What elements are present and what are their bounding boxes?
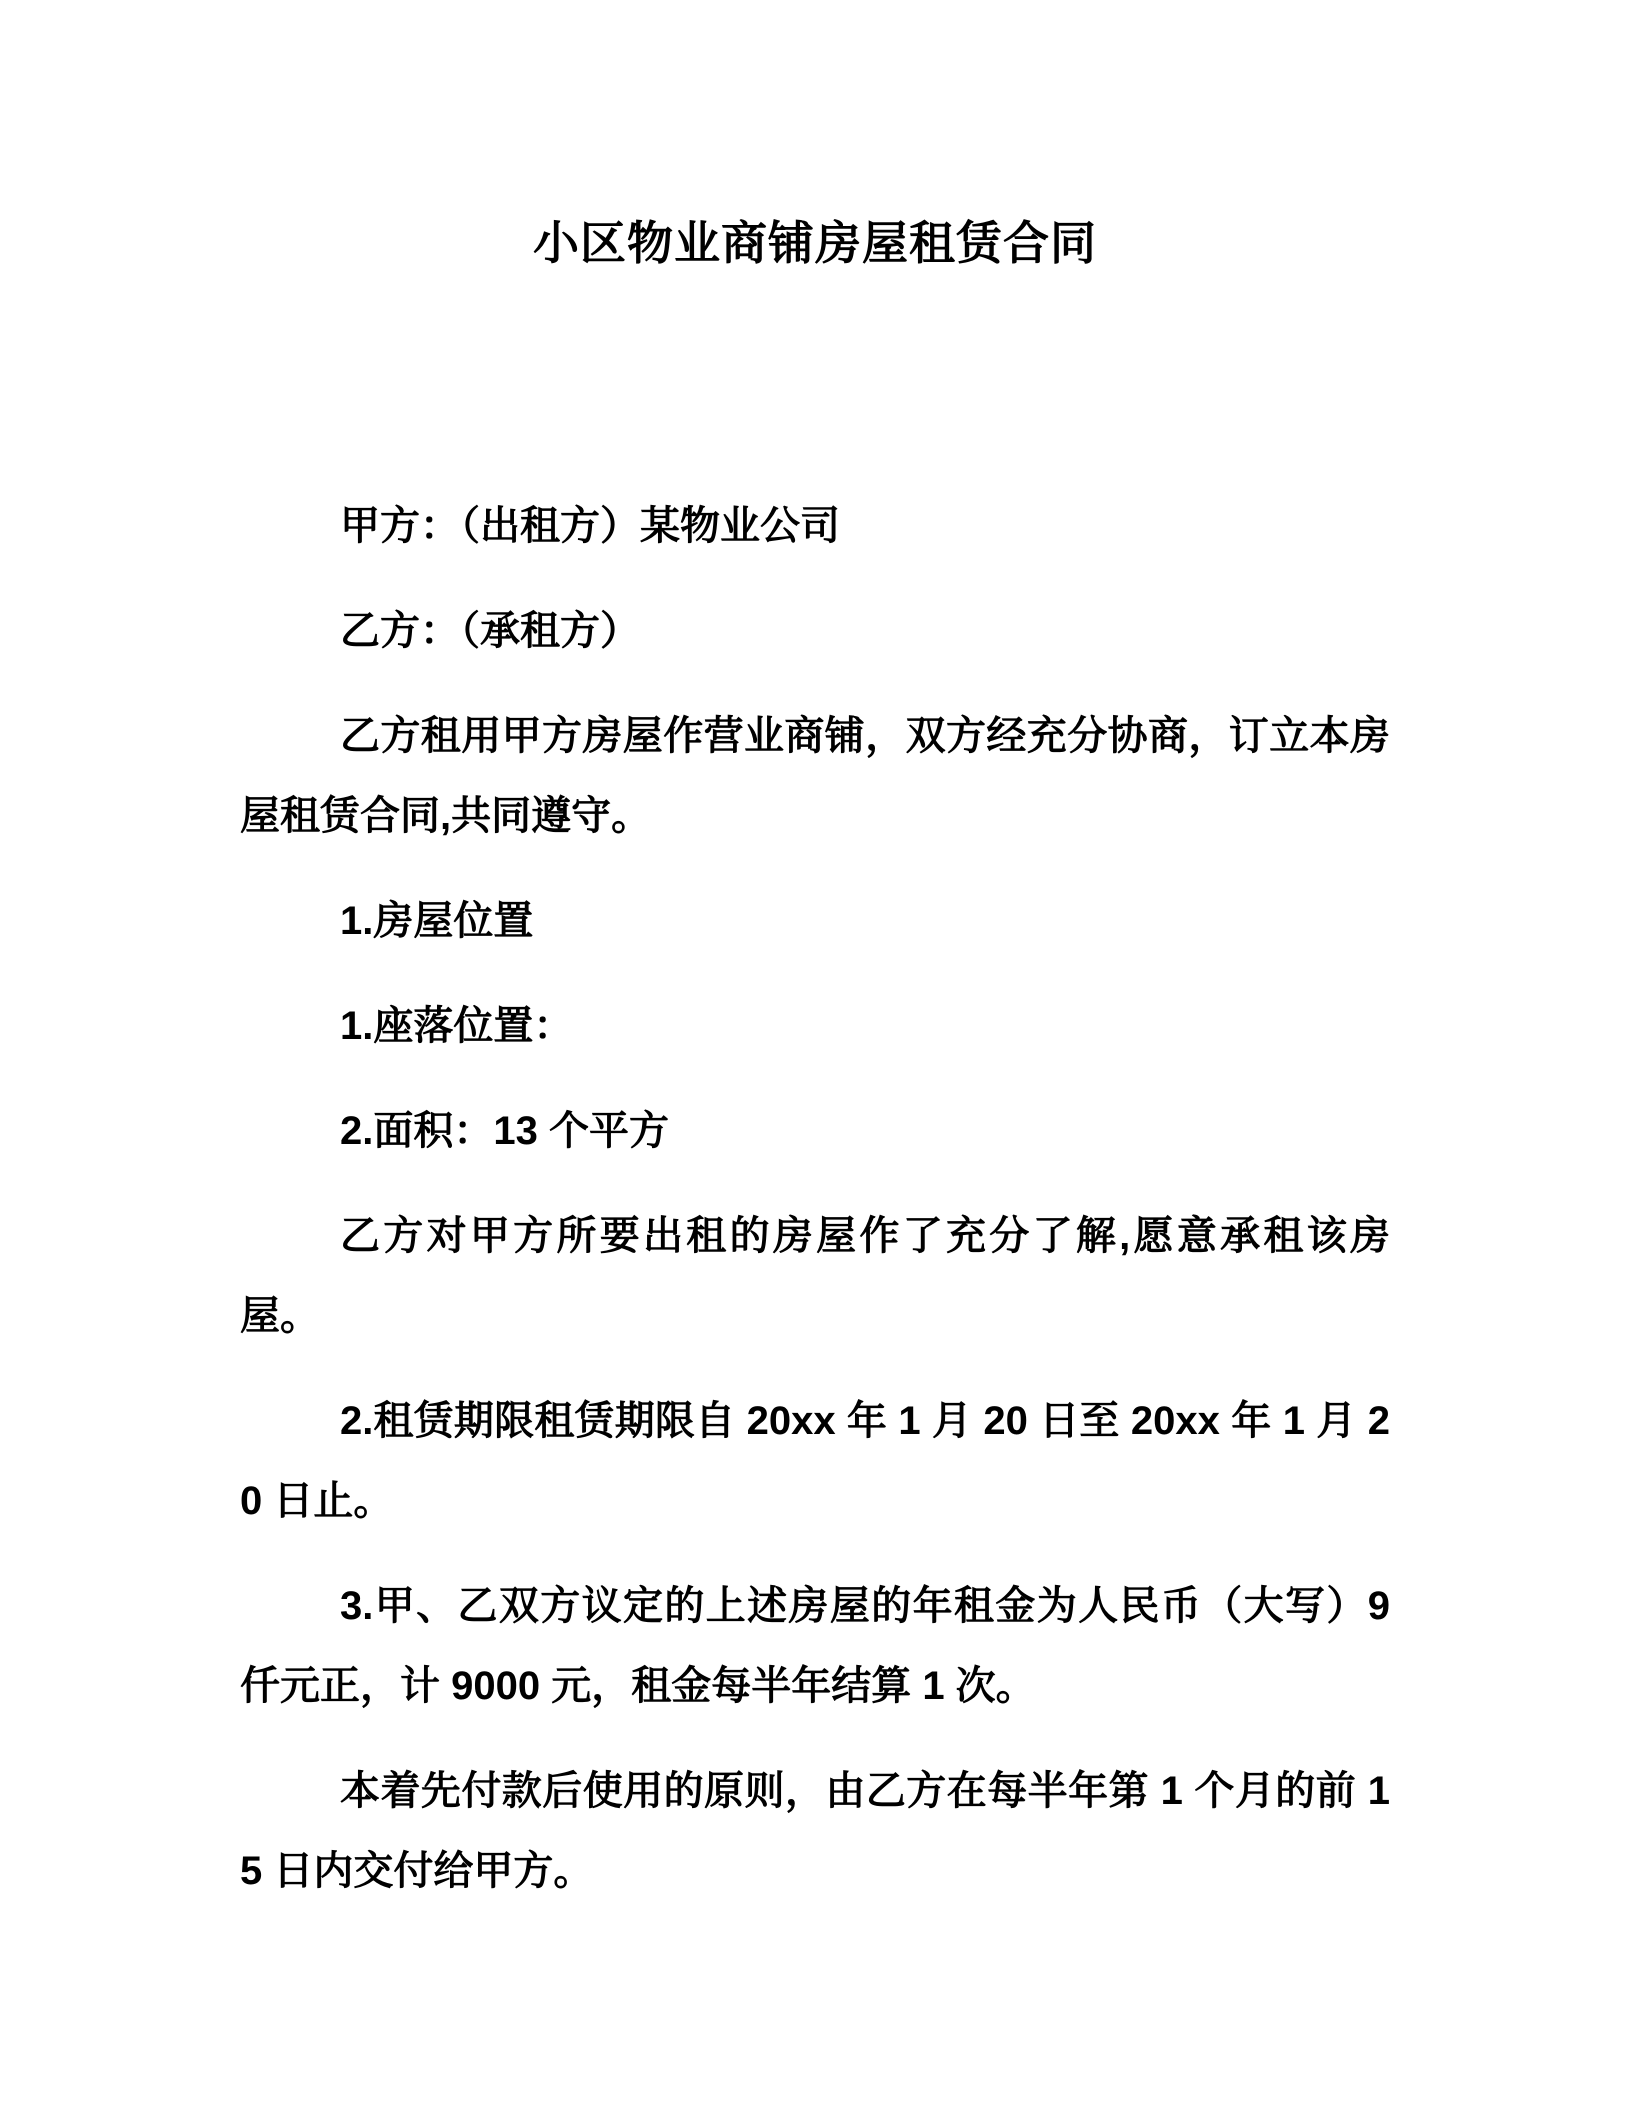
paragraph-acknowledgement: 乙方对甲方所要出租的房屋作了充分了解,愿意承租该房屋。 [240,1196,1390,1356]
paragraph-party-a: 甲方：（出租方）某物业公司 [240,486,1390,566]
document-content: 小区物业商铺房屋租赁合同 甲方：（出租方）某物业公司 乙方：（承租方） 乙方租用… [0,0,1632,1911]
paragraph-clause-1-location: 1.座落位置： [240,986,1390,1066]
document-title: 小区物业商铺房屋租赁合同 [240,0,1390,276]
paragraph-clause-1-title: 1.房屋位置 [240,881,1390,961]
paragraph-clause-1-area: 2.面积：13 个平方 [240,1091,1390,1171]
paragraph-clause-3-rent: 3.甲、乙双方议定的上述房屋的年租金为人民币（大写）9 仟元正，计 9000 元… [240,1566,1390,1726]
paragraph-clause-2-term: 2.租赁期限租赁期限自 20xx 年 1 月 20 日至 20xx 年 1 月 … [240,1381,1390,1541]
document-page: 小区物业商铺房屋租赁合同 甲方：（出租方）某物业公司 乙方：（承租方） 乙方租用… [0,0,1632,2112]
paragraph-party-b: 乙方：（承租方） [240,591,1390,671]
paragraph-payment-terms: 本着先付款后使用的原则，由乙方在每半年第 1 个月的前 15 日内交付给甲方。 [240,1751,1390,1911]
paragraph-preamble: 乙方租用甲方房屋作营业商铺，双方经充分协商，订立本房屋租赁合同,共同遵守。 [240,696,1390,856]
